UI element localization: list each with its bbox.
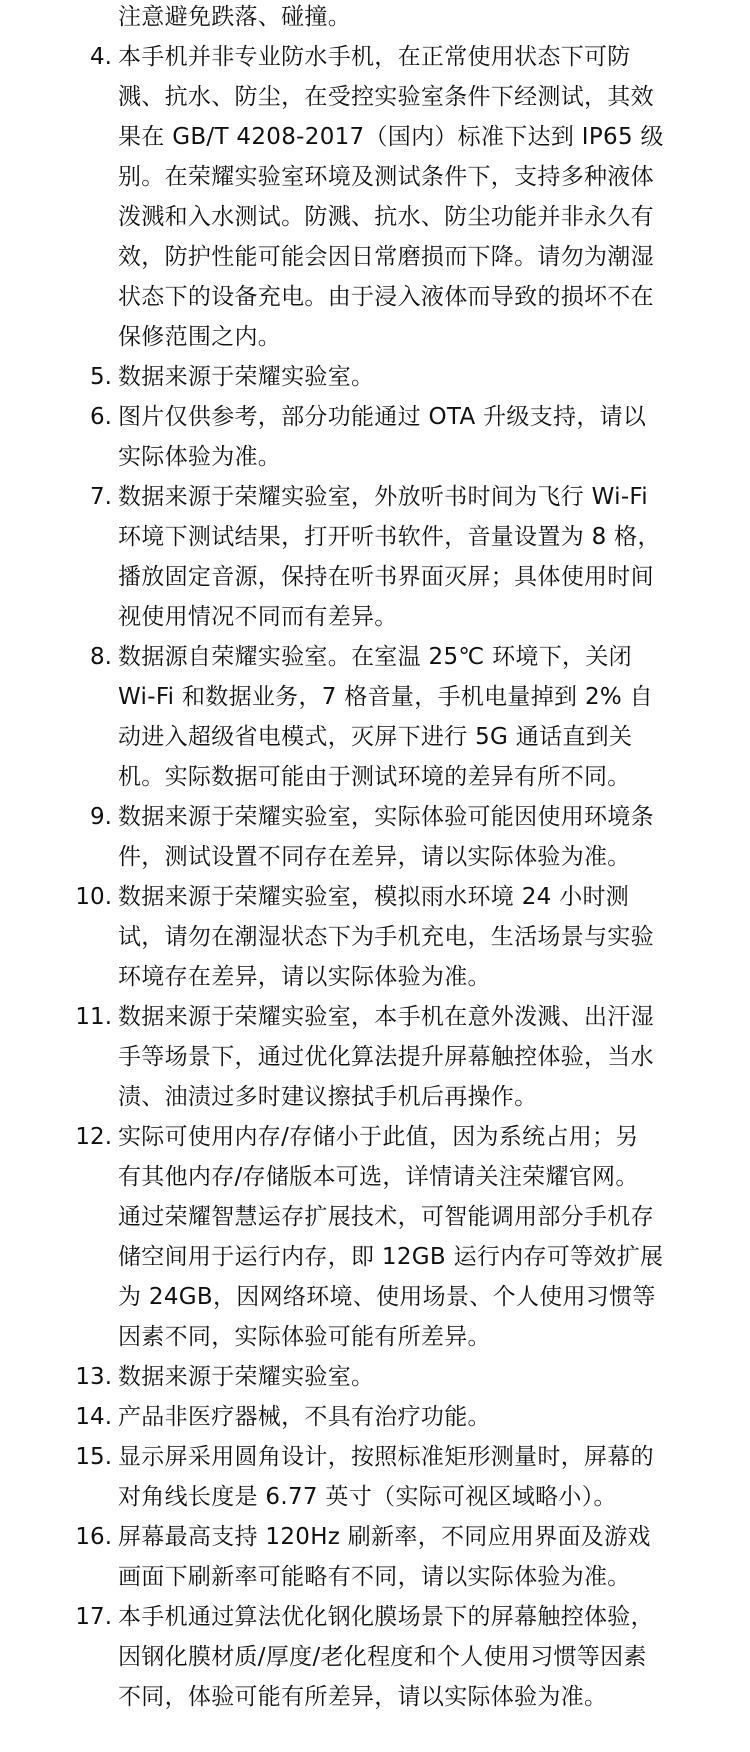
footnote-line: 环境存在差异，请以实际体验为准。 — [118, 957, 750, 997]
footnote-line: 注意避免跌落、碰撞。 — [118, 0, 750, 37]
footnote-number: 13. — [0, 1357, 112, 1397]
footnote-line: 因素不同，实际体验可能有所差异。 — [118, 1317, 750, 1357]
footnote-number: 6. — [0, 397, 112, 437]
footnote-line: 果在 GB/T 4208-2017（国内）标准下达到 IP65 级 — [118, 117, 750, 157]
footnote-line: 本手机通过算法优化钢化膜场景下的屏幕触控体验， — [118, 1597, 750, 1637]
footnote-line: 件，测试设置不同存在差异，请以实际体验为准。 — [118, 837, 750, 877]
footnote-item-5: 5. 数据来源于荣耀实验室。 — [0, 357, 750, 397]
footnote-line: 数据来源于荣耀实验室。 — [118, 1357, 750, 1397]
footnotes-list: 注意避免跌落、碰撞。 4. 本手机并非专业防水手机，在正常使用状态下可防 溅、抗… — [0, 0, 750, 1717]
footnote-item-13: 13. 数据来源于荣耀实验室。 — [0, 1357, 750, 1397]
footnote-line: 数据来源于荣耀实验室，模拟雨水环境 24 小时测 — [118, 877, 750, 917]
footnote-line: 泼溅和入水测试。防溅、抗水、防尘功能并非永久有 — [118, 197, 750, 237]
footnote-number: 10. — [0, 877, 112, 917]
footnote-item-11: 11. 数据来源于荣耀实验室，本手机在意外泼溅、出汗湿 手等场景下，通过优化算法… — [0, 997, 750, 1117]
footnote-item-6: 6. 图片仅供参考，部分功能通过 OTA 升级支持，请以 实际体验为准。 — [0, 397, 750, 477]
footnote-line: 数据来源于荣耀实验室。 — [118, 357, 750, 397]
footnote-item-12: 12. 实际可使用内存/存储小于此值，因为系统占用；另 有其他内存/存储版本可选… — [0, 1117, 750, 1357]
footnote-line: 溅、抗水、防尘，在受控实验室条件下经测试，其效 — [118, 77, 750, 117]
footnote-number: 12. — [0, 1117, 112, 1157]
footnote-line: 通过荣耀智慧运存扩展技术，可智能调用部分手机存 — [118, 1197, 750, 1237]
footnote-line: 状态下的设备充电。由于浸入液体而导致的损坏不在 — [118, 277, 750, 317]
footnote-line: 数据来源于荣耀实验室，实际体验可能因使用环境条 — [118, 797, 750, 837]
footnote-line: 效，防护性能可能会因日常磨损而下降。请勿为潮湿 — [118, 237, 750, 277]
footnote-line: 试，请勿在潮湿状态下为手机充电，生活场景与实验 — [118, 917, 750, 957]
footnote-line: 屏幕最高支持 120Hz 刷新率，不同应用界面及游戏 — [118, 1517, 750, 1557]
footnote-line: 机。实际数据可能由于测试环境的差异有所不同。 — [118, 757, 750, 797]
footnote-line: 环境下测试结果，打开听书软件，音量设置为 8 格， — [118, 517, 750, 557]
footnote-item-3-continued: 注意避免跌落、碰撞。 — [0, 0, 750, 37]
footnote-line: 动进入超级省电模式，灭屏下进行 5G 通话直到关 — [118, 717, 750, 757]
footnote-item-8: 8. 数据源自荣耀实验室。在室温 25℃ 环境下，关闭 Wi-Fi 和数据业务，… — [0, 637, 750, 797]
footnote-item-9: 9. 数据来源于荣耀实验室，实际体验可能因使用环境条 件，测试设置不同存在差异，… — [0, 797, 750, 877]
footnote-number: 15. — [0, 1437, 112, 1477]
footnote-line: 显示屏采用圆角设计，按照标准矩形测量时，屏幕的 — [118, 1437, 750, 1477]
footnote-number: 8. — [0, 637, 112, 677]
footnote-line: 保修范围之内。 — [118, 317, 750, 357]
footnote-item-15: 15. 显示屏采用圆角设计，按照标准矩形测量时，屏幕的 对角线长度是 6.77 … — [0, 1437, 750, 1517]
footnote-line: 图片仅供参考，部分功能通过 OTA 升级支持，请以 — [118, 397, 750, 437]
footnote-number: 17. — [0, 1597, 112, 1637]
footnote-line: 实际可使用内存/存储小于此值，因为系统占用；另 — [118, 1117, 750, 1157]
footnote-line: 为 24GB，因网络环境、使用场景、个人使用习惯等 — [118, 1277, 750, 1317]
footnote-item-16: 16. 屏幕最高支持 120Hz 刷新率，不同应用界面及游戏 画面下刷新率可能略… — [0, 1517, 750, 1597]
footnote-line: 不同，体验可能有所差异，请以实际体验为准。 — [118, 1677, 750, 1717]
footnote-line: Wi-Fi 和数据业务，7 格音量，手机电量掉到 2% 自 — [118, 677, 750, 717]
footnote-line: 储空间用于运行内存，即 12GB 运行内存可等效扩展 — [118, 1237, 750, 1277]
footnote-line: 播放固定音源，保持在听书界面灭屏；具体使用时间 — [118, 557, 750, 597]
footnote-line: 对角线长度是 6.77 英寸（实际可视区域略小）。 — [118, 1477, 750, 1517]
footnote-item-7: 7. 数据来源于荣耀实验室，外放听书时间为飞行 Wi-Fi 环境下测试结果，打开… — [0, 477, 750, 637]
footnote-number: 9. — [0, 797, 112, 837]
footnote-item-4: 4. 本手机并非专业防水手机，在正常使用状态下可防 溅、抗水、防尘，在受控实验室… — [0, 37, 750, 357]
footnote-line: 数据来源于荣耀实验室，外放听书时间为飞行 Wi-Fi — [118, 477, 750, 517]
footnote-line: 画面下刷新率可能略有不同，请以实际体验为准。 — [118, 1557, 750, 1597]
footnote-line: 因钢化膜材质/厚度/老化程度和个人使用习惯等因素 — [118, 1637, 750, 1677]
footnote-line: 实际体验为准。 — [118, 437, 750, 477]
footnote-number: 4. — [0, 37, 112, 77]
footnote-number: 11. — [0, 997, 112, 1037]
footnote-number: 14. — [0, 1397, 112, 1437]
footnote-line: 本手机并非专业防水手机，在正常使用状态下可防 — [118, 37, 750, 77]
footnote-line: 产品非医疗器械，不具有治疗功能。 — [118, 1397, 750, 1437]
footnote-number: 16. — [0, 1517, 112, 1557]
footnote-line: 数据来源于荣耀实验室，本手机在意外泼溅、出汗湿 — [118, 997, 750, 1037]
footnote-line: 渍、油渍过多时建议擦拭手机后再操作。 — [118, 1077, 750, 1117]
footnote-number: 5. — [0, 357, 112, 397]
footnote-line: 别。在荣耀实验室环境及测试条件下，支持多种液体 — [118, 157, 750, 197]
footnote-line: 有其他内存/存储版本可选，详情请关注荣耀官网。 — [118, 1157, 750, 1197]
footnote-item-14: 14. 产品非医疗器械，不具有治疗功能。 — [0, 1397, 750, 1437]
footnote-item-10: 10. 数据来源于荣耀实验室，模拟雨水环境 24 小时测 试，请勿在潮湿状态下为… — [0, 877, 750, 997]
footnote-line: 视使用情况不同而有差异。 — [118, 597, 750, 637]
footnote-line: 手等场景下，通过优化算法提升屏幕触控体验，当水 — [118, 1037, 750, 1077]
footnote-item-17: 17. 本手机通过算法优化钢化膜场景下的屏幕触控体验， 因钢化膜材质/厚度/老化… — [0, 1597, 750, 1717]
footnote-number: 7. — [0, 477, 112, 517]
footnote-line: 数据源自荣耀实验室。在室温 25℃ 环境下，关闭 — [118, 637, 750, 677]
